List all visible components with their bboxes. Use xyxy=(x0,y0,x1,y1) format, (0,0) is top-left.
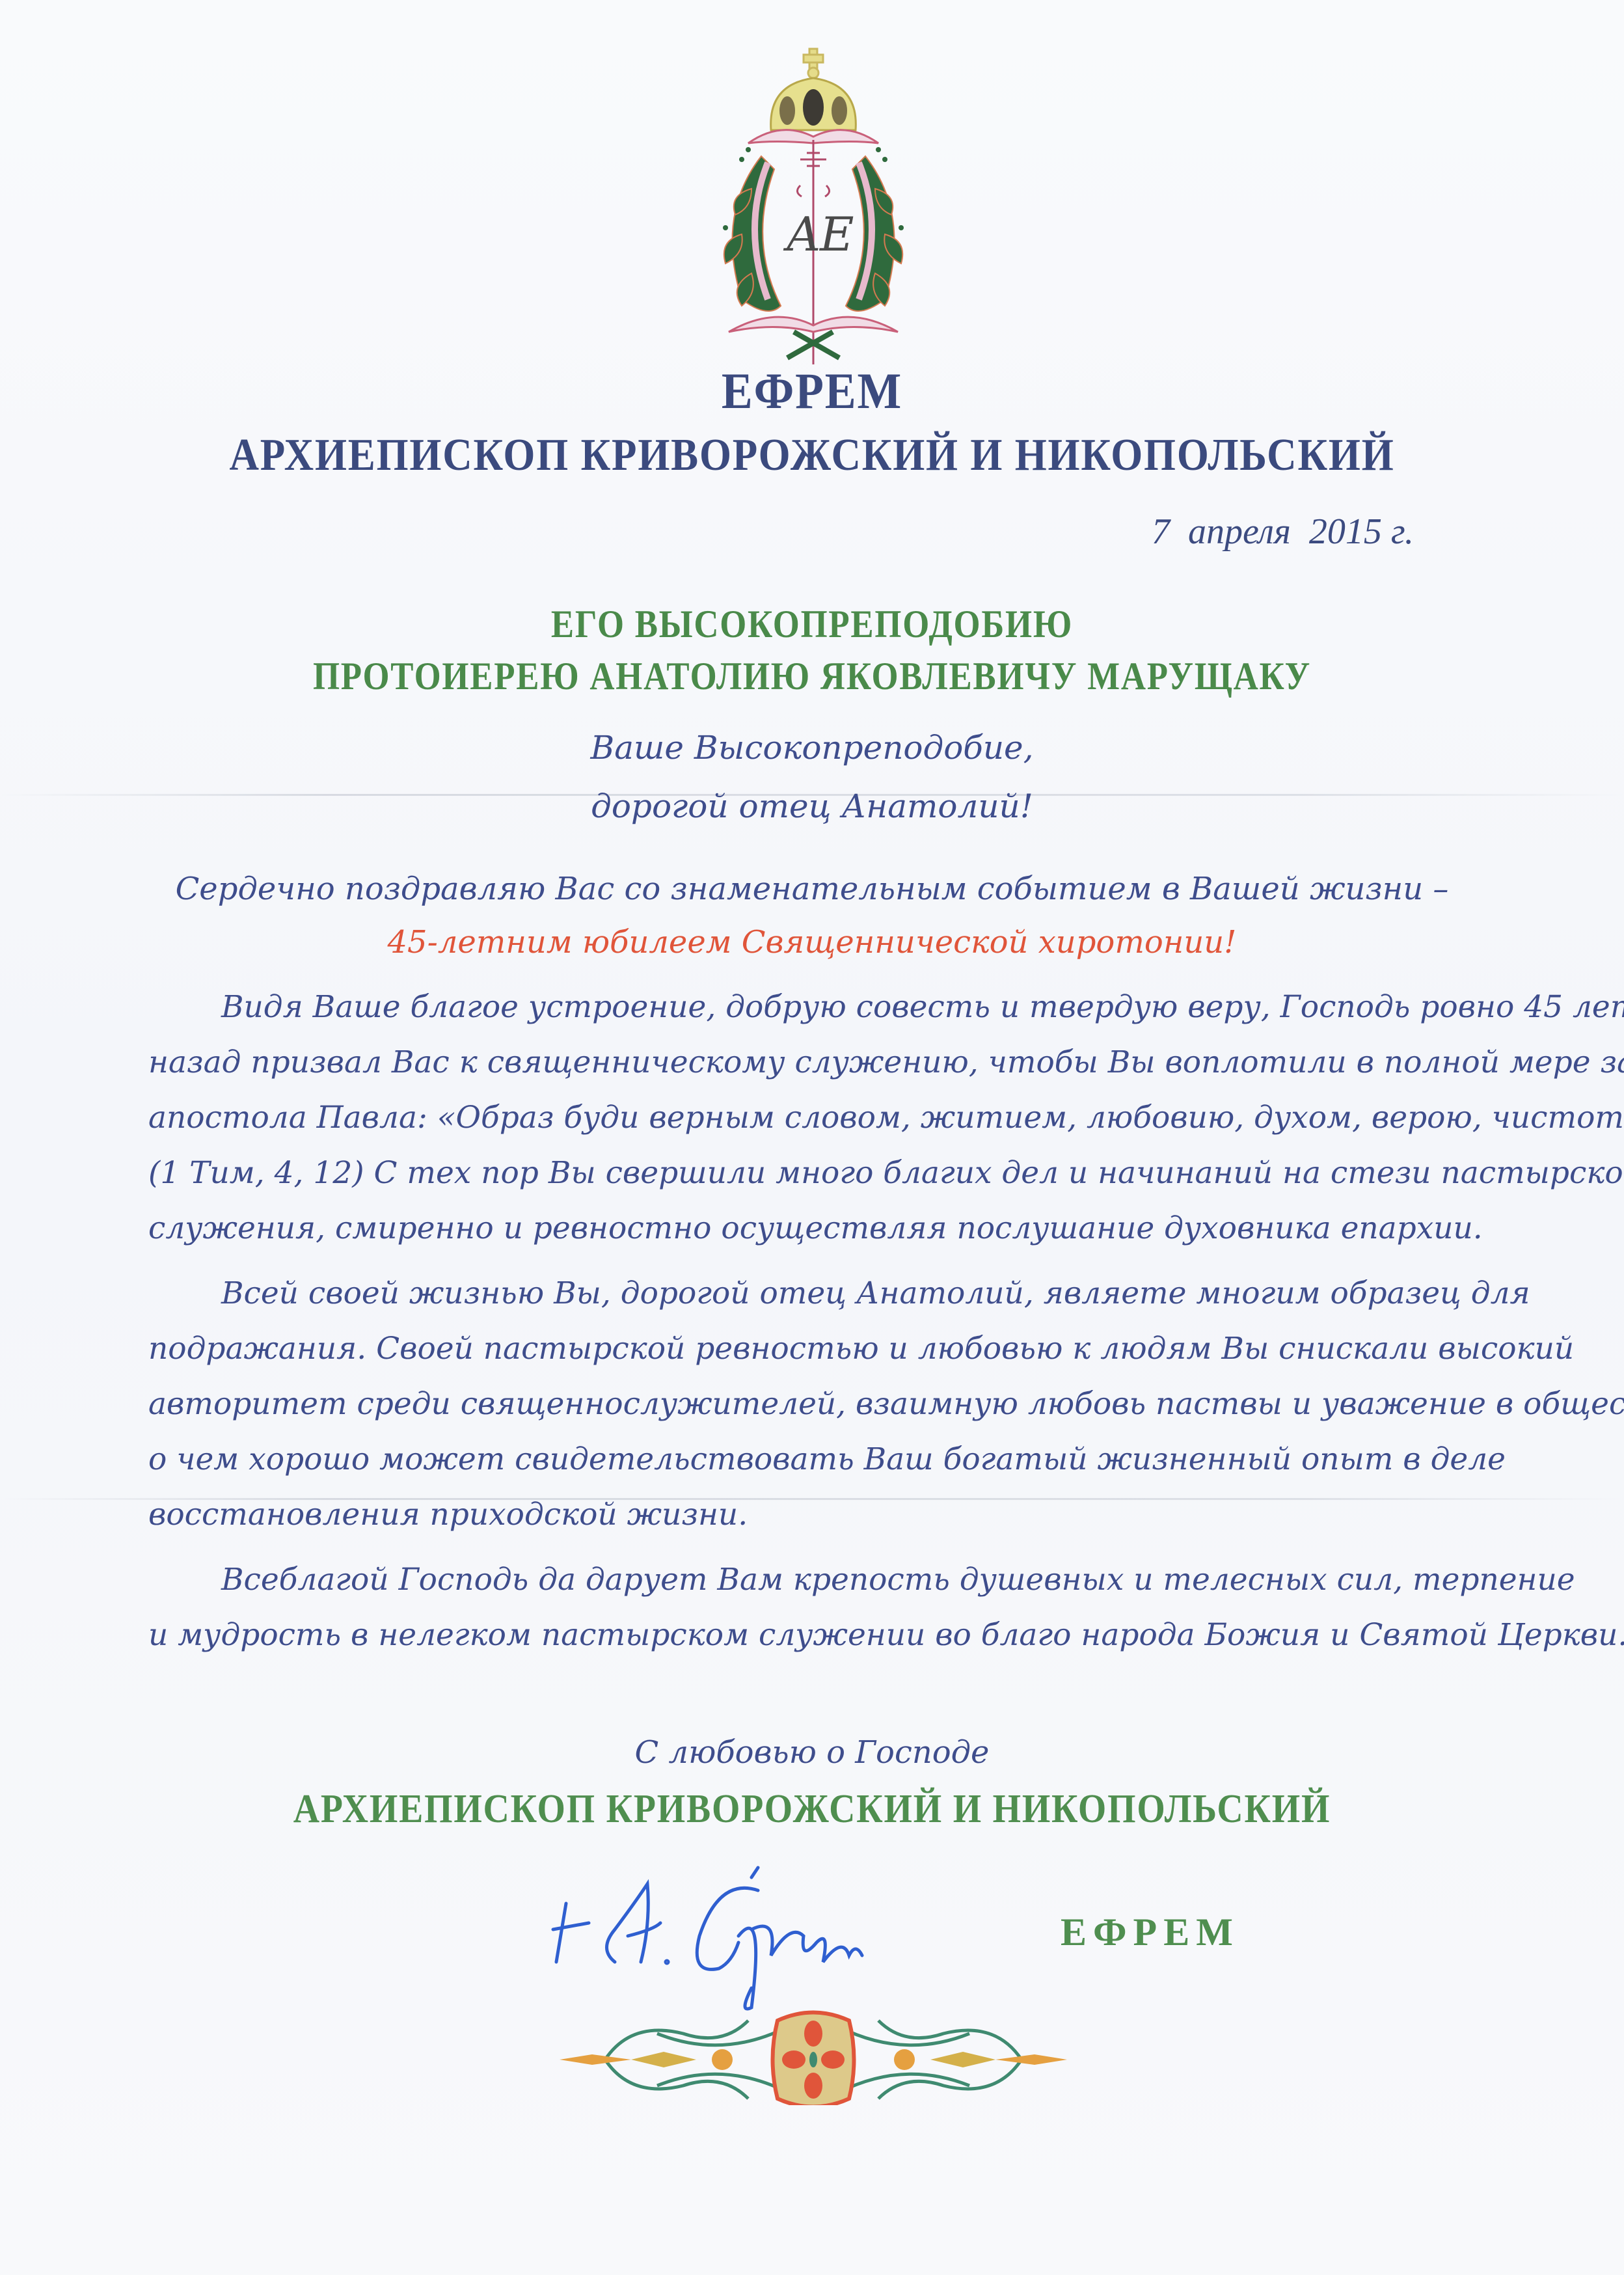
body-line: служения, смиренно и ревностно осуществл… xyxy=(148,1210,1476,1246)
addressee-honorific: ЕГО ВЫСОКОПРЕПОДОБИЮ xyxy=(98,602,1526,647)
body-line: апостола Павла: «Образ буди верным слово… xyxy=(148,1100,1476,1136)
archiepiscopal-emblem-icon: А Е xyxy=(690,46,937,371)
jubilee-highlight: 45-летним юбилеем Священнической хиротон… xyxy=(0,924,1624,960)
author-name: ЕФРЕМ xyxy=(65,362,1559,420)
floral-ornament-icon xyxy=(553,2008,1074,2105)
salutation-line-2: дорогой отец Анатолий! xyxy=(0,787,1624,825)
body-line: и мудрость в нелегком пастырском служени… xyxy=(148,1617,1476,1653)
body-line: назад призвал Вас к священническому служ… xyxy=(148,1044,1476,1080)
svg-text:А: А xyxy=(783,207,822,262)
body-line: авторитет среди священнослужителей, взаи… xyxy=(148,1386,1476,1422)
body-line: Видя Ваше благое устроение, добрую совес… xyxy=(221,989,1476,1025)
signatory-name: ЕФРЕМ xyxy=(1061,1910,1239,1955)
letter-page: А Е ЕФРЕМ АРХИЕПИСКОП КРИВОРОЖСКИЙ И НИК… xyxy=(0,0,1624,2275)
closing-phrase: С любовью о Господе xyxy=(0,1734,1624,1771)
body-line: восстановления приходской жизни. xyxy=(148,1497,1476,1533)
signatory-rank: АРХИЕПИСКОП КРИВОРОЖСКИЙ И НИКОПОЛЬСКИЙ xyxy=(81,1786,1543,1832)
letter-date: 7 апреля 2015 г. xyxy=(1152,511,1414,552)
body-line: Всеблагой Господь да дарует Вам крепость… xyxy=(221,1562,1476,1598)
body-line: (1 Тим, 4, 12) С тех пор Вы свершили мно… xyxy=(148,1155,1476,1191)
salutation-line-1: Ваше Высокопреподобие, xyxy=(0,729,1624,767)
body-line: о чем хорошо может свидетельствовать Ваш… xyxy=(148,1441,1476,1477)
handwritten-signature-icon xyxy=(543,1864,1012,2014)
body-line: подражания. Своей пастырской ревностью и… xyxy=(148,1331,1476,1367)
author-rank: АРХИЕПИСКОП КРИВОРОЖСКИЙ И НИКОПОЛЬСКИЙ xyxy=(81,429,1543,482)
congratulation-line: Сердечно поздравляю Вас со знаменательны… xyxy=(0,871,1624,907)
body-line: Всей своей жизнью Вы, дорогой отец Анато… xyxy=(221,1275,1476,1311)
svg-text:Е: Е xyxy=(819,207,854,262)
addressee-name: ПРОТОИЕРЕЮ АНАТОЛИЮ ЯКОВЛЕВИЧУ МАРУЩАКУ xyxy=(98,654,1526,699)
